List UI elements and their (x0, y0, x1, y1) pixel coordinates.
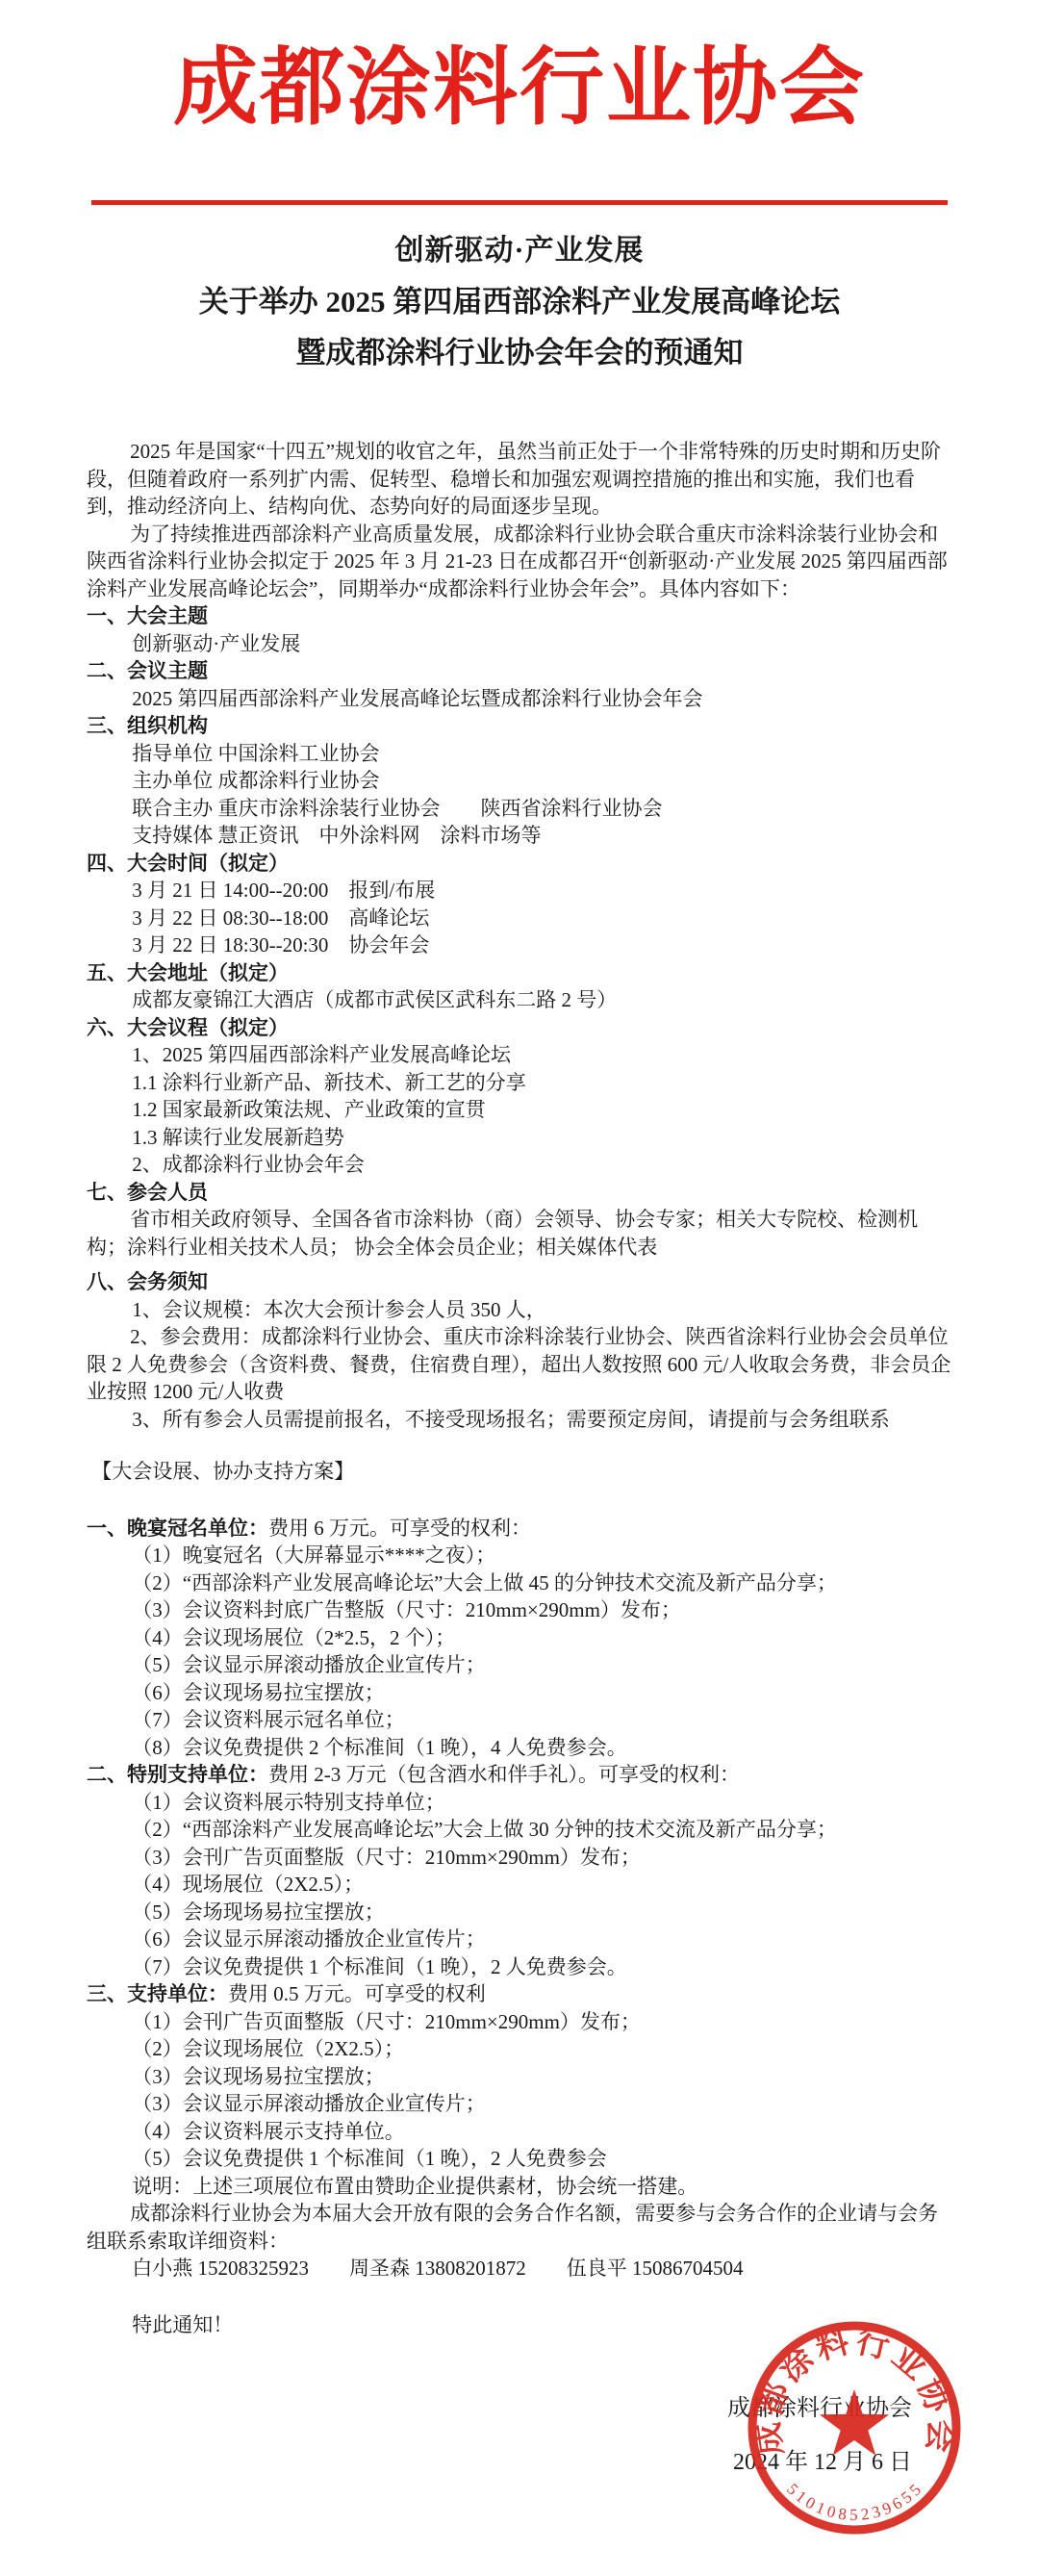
body-line: （6）会议显示屏滚动播放企业宣传片； (87, 1926, 952, 1953)
body-line-text: 创新驱动·产业发展 (132, 632, 300, 655)
body-line: （3）会刊广告页面整版（尺寸：210mm×290mm）发布； (87, 1844, 952, 1872)
body-line-text: （6）会议现场易拉宝摆放； (132, 1681, 385, 1704)
svg-text:5101085239655: 5101085239655 (783, 2480, 925, 2524)
body-line-text: （7）会议资料展示冠名单位； (132, 1708, 405, 1731)
body-line-text: 【大会设展、协办支持方案】 (91, 1460, 354, 1483)
body-line: 三、支持单位：费用 0.5 万元。可享受的权利 (87, 1980, 952, 2008)
body-line-bold: 一、晚宴冠名单位： (87, 1517, 268, 1540)
body-line-text: 成都涂料行业协会为本届大会开放有限的会务合作名额，需要参与会务合作的企业请与会务… (87, 2202, 938, 2253)
body-line: 3、所有参会人员需提前报名，不接受现场报名；需要预定房间，请提前与会务组联系 (87, 1406, 952, 1434)
slogan-line: 创新驱动·产业发展 (0, 226, 1039, 276)
body-line-text: 2025 年是国家“十四五”规划的收官之年，虽然当前正处于一个非常特殊的历史时期… (87, 440, 941, 518)
body-line: 联合主办 重庆市涂料涂装行业协会 陕西省涂料行业协会 (87, 795, 952, 823)
body-line-bold: 八、会务须知 (87, 1270, 208, 1293)
body-line: 特此通知！ (87, 2311, 952, 2339)
body-line-text: 1.2 国家最新政策法规、产业政策的宣贯 (132, 1098, 486, 1121)
body-line-text: （3）会议资料封底广告整版（尺寸：210mm×290mm）发布； (132, 1598, 681, 1621)
body-line: （4）现场展位（2X2.5）； (87, 1871, 952, 1899)
body-line: 二、会议主题 (87, 657, 952, 685)
body-line: （8）会议免费提供 2 个标准间（1 晚），4 人免费参会。 (87, 1734, 952, 1762)
body-line: 1、会议规模：本次大会预计参会人员 350 人， (87, 1296, 952, 1324)
body-line: 2、成都涂料行业协会年会 (87, 1151, 952, 1179)
body-line: （3）会议现场易拉宝摆放； (87, 2063, 952, 2091)
body-line-text: 2、成都涂料行业协会年会 (132, 1153, 365, 1176)
signature-date: 2024 年 12 月 6 日 (87, 2448, 912, 2477)
signature-block: 成都涂料行业协会 2024 年 12 月 6 日 成都涂料行业协会 510108… (87, 2394, 952, 2477)
document-body: 2025 年是国家“十四五”规划的收官之年，虽然当前正处于一个非常特殊的历史时期… (0, 438, 1039, 2477)
body-line-text: （1）晚宴冠名（大屏幕显示****之夜）； (132, 1543, 495, 1567)
body-line-text: 3 月 21 日 14:00--20:00 报到/布展 (132, 879, 435, 902)
body-line: 七、参会人员 (87, 1179, 952, 1207)
body-line-text: 省市相关政府领导、全国各省市涂料协（商）会领导、协会专家；相关大专院校、检测机构… (87, 1208, 918, 1259)
body-line-text: 1、2025 第四届西部涂料产业发展高峰论坛 (132, 1043, 511, 1066)
body-line: 2025 年是国家“十四五”规划的收官之年，虽然当前正处于一个非常特殊的历史时期… (87, 438, 952, 521)
body-line: （5）会场现场易拉宝摆放； (87, 1899, 952, 1926)
body-line: 3 月 22 日 18:30--20:30 协会年会 (87, 931, 952, 959)
body-line-text: （4）现场展位（2X2.5）； (132, 1873, 364, 1896)
body-line-bold: 三、组织机构 (87, 714, 208, 737)
body-line: 2025 第四届西部涂料产业发展高峰论坛暨成都涂料行业协会年会 (87, 685, 952, 713)
signature-org: 成都涂料行业协会 (87, 2394, 912, 2423)
body-line: 3 月 21 日 14:00--20:00 报到/布展 (87, 877, 952, 905)
body-line-text: （4）会议现场展位（2*2.5，2 个）； (132, 1626, 455, 1649)
body-line-text: （3）会议现场易拉宝摆放； (132, 2065, 385, 2088)
body-line: 主办单位 成都涂料行业协会 (87, 767, 952, 795)
body-line: 1.3 解读行业发展新趋势 (87, 1124, 952, 1152)
seal-ring (752, 2326, 956, 2530)
body-line-text: （5）会议免费提供 1 个标准间（1 晚），2 人免费参会 (132, 2147, 607, 2170)
body-line: （2）“西部涂料产业发展高峰论坛”大会上做 30 分钟的技术交流及新产品分享； (87, 1816, 952, 1844)
body-line: 1.1 涂料行业新产品、新技术、新工艺的分享 (87, 1069, 952, 1097)
body-line: 六、大会议程（拟定） (87, 1014, 952, 1042)
body-line: （5）会议显示屏滚动播放企业宣传片； (87, 1651, 952, 1679)
body-line-text: 2025 第四届西部涂料产业发展高峰论坛暨成都涂料行业协会年会 (132, 687, 702, 710)
body-line-text: （7）会议免费提供 1 个标准间（1 晚），2 人免费参会。 (132, 1955, 627, 1978)
body-line-text: （4）会议资料展示支持单位。 (132, 2120, 405, 2143)
body-line-bold: 七、参会人员 (87, 1181, 208, 1204)
body-line-text: 1、会议规模：本次大会预计参会人员 350 人， (132, 1298, 546, 1321)
body-line-text: （2）会议现场展位（2X2.5）； (132, 2037, 404, 2060)
body-line: 省市相关政府领导、全国各省市涂料协（商）会领导、协会专家；相关大专院校、检测机构… (87, 1206, 952, 1261)
body-line: 成都涂料行业协会为本届大会开放有限的会务合作名额，需要参与会务合作的企业请与会务… (87, 2200, 952, 2255)
body-line: 八、会务须知 (87, 1268, 952, 1296)
body-line: 创新驱动·产业发展 (87, 630, 952, 658)
body-line-text: （8）会议免费提供 2 个标准间（1 晚），4 人免费参会。 (132, 1736, 627, 1759)
body-line-text: 1.3 解读行业发展新趋势 (132, 1126, 344, 1149)
red-divider (91, 200, 948, 205)
body-line: 二、特别支持单位：费用 2-3 万元（包含酒水和伴手礼）。可享受的权利： (87, 1761, 952, 1789)
body-line: 一、晚宴冠名单位：费用 6 万元。可享受的权利： (87, 1515, 952, 1543)
body-line-text: 3、所有参会人员需提前报名，不接受现场报名；需要预定房间，请提前与会务组联系 (132, 1408, 890, 1431)
body-line-text: 费用 2-3 万元（包含酒水和伴手礼）。可享受的权利： (268, 1763, 740, 1786)
body-line-text: 联合主办 重庆市涂料涂装行业协会 陕西省涂料行业协会 (132, 797, 662, 820)
body-line-bold: 六、大会议程（拟定） (87, 1016, 289, 1039)
body-line-bold: 二、会议主题 (87, 659, 208, 682)
body-line: （2）会议现场展位（2X2.5）； (87, 2035, 952, 2063)
body-line-text: （3）会刊广告页面整版（尺寸：210mm×290mm）发布； (132, 1846, 641, 1869)
official-seal: 成都涂料行业协会 5101085239655 (739, 2312, 970, 2543)
seal-number: 5101085239655 (783, 2480, 925, 2524)
body-line-text: 主办单位 成都涂料行业协会 (132, 769, 379, 792)
body-line-text: 特此通知！ (132, 2313, 233, 2336)
body-line: 2、参会费用：成都涂料行业协会、重庆市涂料涂装行业协会、陕西省涂料行业协会会员单… (87, 1323, 952, 1406)
body-line: 3 月 22 日 08:30--18:00 高峰论坛 (87, 905, 952, 932)
body-line: （7）会议资料展示冠名单位； (87, 1706, 952, 1734)
body-line-bold: 四、大会时间（拟定） (87, 852, 289, 875)
body-line: （1）会议资料展示特别支持单位； (87, 1789, 952, 1817)
body-line-text: 白小燕 15208325923 周圣森 13808201872 伍良平 1508… (132, 2257, 743, 2280)
body-line: 五、大会地址（拟定） (87, 959, 952, 987)
body-line-text: （1）会刊广告页面整版（尺寸：210mm×290mm）发布； (132, 2010, 641, 2033)
body-line-text: 1.1 涂料行业新产品、新技术、新工艺的分享 (132, 1071, 526, 1094)
body-line: 成都友豪锦江大酒店（成都市武侯区武科东二路 2 号） (87, 986, 952, 1014)
seal-org-text: 成都涂料行业协会 (749, 2323, 959, 2458)
body-line-text: （3）会议显示屏滚动播放企业宣传片； (132, 2092, 486, 2115)
body-lines: 2025 年是国家“十四五”规划的收官之年，虽然当前正处于一个非常特殊的历史时期… (87, 438, 952, 2338)
body-line-bold: 一、大会主题 (87, 604, 208, 627)
svg-text:成都涂料行业协会: 成都涂料行业协会 (749, 2323, 959, 2458)
body-line-text: （2）“西部涂料产业发展高峰论坛”大会上做 30 分钟的技术交流及新产品分享； (132, 1818, 837, 1841)
body-line-text: 为了持续推进西部涂料产业高质量发展，成都涂料行业协会联合重庆市涂料涂装行业协会和… (87, 523, 948, 600)
body-line: 指导单位 中国涂料工业协会 (87, 740, 952, 768)
body-line: （2）“西部涂料产业发展高峰论坛”大会上做 45 的分钟技术交流及新产品分享； (87, 1569, 952, 1597)
body-line: （4）会议现场展位（2*2.5，2 个）； (87, 1624, 952, 1652)
body-line: 三、组织机构 (87, 712, 952, 740)
notice-title-line1: 关于举办 2025 第四届西部涂料产业发展高峰论坛 (0, 276, 1039, 327)
body-line-text: 费用 0.5 万元。可享受的权利 (228, 1982, 486, 2005)
body-line-bold: 二、特别支持单位： (87, 1763, 268, 1786)
body-line-text: （5）会场现场易拉宝摆放； (132, 1900, 385, 1924)
body-line: 四、大会时间（拟定） (87, 850, 952, 878)
body-line: 为了持续推进西部涂料产业高质量发展，成都涂料行业协会联合重庆市涂料涂装行业协会和… (87, 521, 952, 603)
body-line: （1）会刊广告页面整版（尺寸：210mm×290mm）发布； (87, 2008, 952, 2036)
notice-document-page: 成都涂料行业协会 创新驱动·产业发展 关于举办 2025 第四届西部涂料产业发展… (0, 0, 1039, 2576)
body-line: 白小燕 15208325923 周圣森 13808201872 伍良平 1508… (87, 2255, 952, 2283)
body-line: 【大会设展、协办支持方案】 (87, 1458, 952, 1486)
body-line-text: 成都友豪锦江大酒店（成都市武侯区武科东二路 2 号） (132, 988, 617, 1011)
body-line: （4）会议资料展示支持单位。 (87, 2118, 952, 2146)
body-line-text: 指导单位 中国涂料工业协会 (132, 742, 379, 765)
body-line-text: 说明：上述三项展位布置由赞助企业提供素材，协会统一搭建。 (132, 2175, 697, 2198)
body-line: 1、2025 第四届西部涂料产业发展高峰论坛 (87, 1041, 952, 1069)
body-line-text: （2）“西部涂料产业发展高峰论坛”大会上做 45 的分钟技术交流及新产品分享； (132, 1571, 837, 1594)
body-line-text: （6）会议显示屏滚动播放企业宣传片； (132, 1927, 486, 1951)
body-line-text: 支持媒体 慧正资讯 中外涂料网 涂料市场等 (132, 824, 541, 847)
body-line: （7）会议免费提供 1 个标准间（1 晚），2 人免费参会。 (87, 1953, 952, 1981)
body-line: （6）会议现场易拉宝摆放； (87, 1679, 952, 1707)
body-line: 一、大会主题 (87, 602, 952, 630)
body-line-text: 3 月 22 日 18:30--20:30 协会年会 (132, 933, 429, 956)
notice-heading-block: 创新驱动·产业发展 关于举办 2025 第四届西部涂料产业发展高峰论坛 暨成都涂… (0, 226, 1039, 378)
body-line: （3）会议资料封底广告整版（尺寸：210mm×290mm）发布； (87, 1596, 952, 1624)
body-line: 说明：上述三项展位布置由赞助企业提供素材，协会统一搭建。 (87, 2173, 952, 2201)
body-line: 支持媒体 慧正资讯 中外涂料网 涂料市场等 (87, 822, 952, 850)
notice-title-line2: 暨成都涂料行业协会年会的预通知 (0, 327, 1039, 378)
body-line: （3）会议显示屏滚动播放企业宣传片； (87, 2090, 952, 2118)
body-line-text: 费用 6 万元。可享受的权利： (268, 1517, 531, 1540)
body-line-bold: 五、大会地址（拟定） (87, 961, 289, 984)
body-line-text: （5）会议显示屏滚动播放企业宣传片； (132, 1653, 486, 1676)
body-line: （5）会议免费提供 1 个标准间（1 晚），2 人免费参会 (87, 2145, 952, 2173)
body-line: 1.2 国家最新政策法规、产业政策的宣贯 (87, 1096, 952, 1124)
body-line-text: （1）会议资料展示特别支持单位； (132, 1791, 445, 1814)
body-line-text: 3 月 22 日 08:30--18:00 高峰论坛 (132, 906, 429, 930)
body-line-bold: 三、支持单位： (87, 1982, 228, 2005)
body-line-text: 2、参会费用：成都涂料行业协会、重庆市涂料涂装行业协会、陕西省涂料行业协会会员单… (87, 1325, 950, 1403)
body-line: （1）晚宴冠名（大屏幕显示****之夜）； (87, 1542, 952, 1569)
org-title: 成都涂料行业协会 (0, 0, 1039, 146)
